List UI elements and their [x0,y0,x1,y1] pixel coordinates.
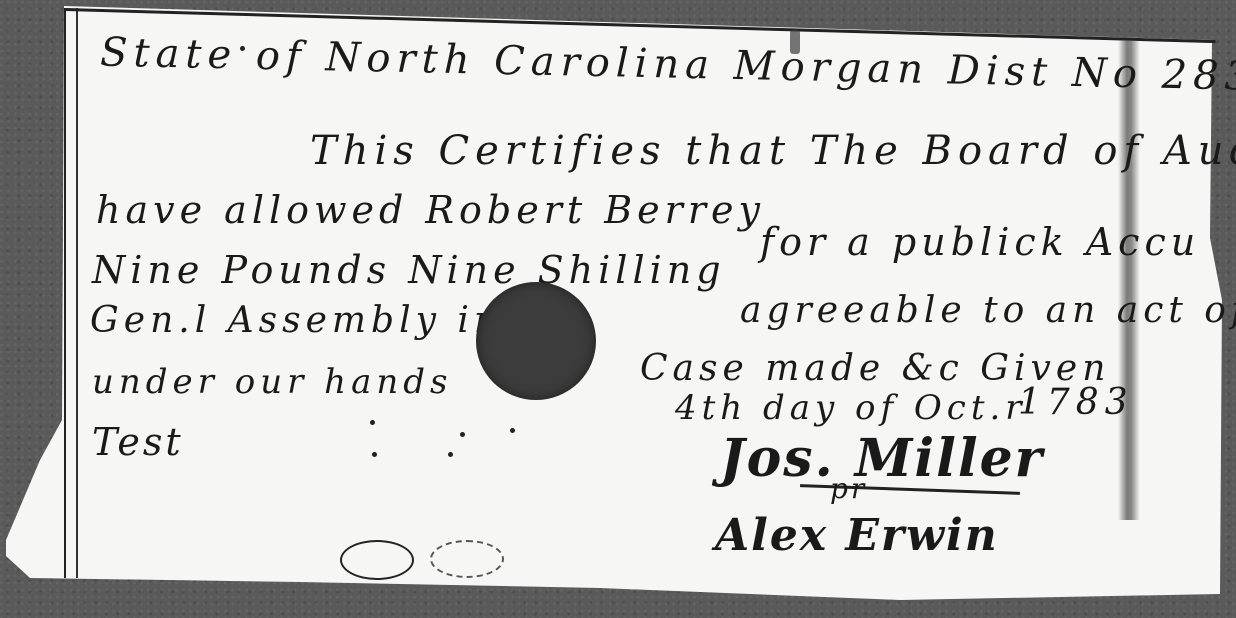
signature-miller: Jos. Miller [720,428,1044,489]
signature-erwin: Alex Erwin [715,510,999,561]
body-line-agreeable: agreeable to an act of [740,290,1236,331]
body-line-account: for a publick Accu [760,220,1200,264]
body-line-amount: Nine Pounds Nine Shilling [92,248,726,292]
body-line-certifies: This Certifies that The Board of Aud.rs [310,128,1236,174]
left-margin-rule [64,8,78,578]
body-line-allowed: have allowed Robert Berrey [96,188,765,232]
signature-mark: pr [830,472,867,505]
ink-speck [510,428,515,433]
ink-speck [448,452,453,457]
body-line-date: 4th day of Oct.r [675,388,1027,428]
ink-speck [240,46,245,51]
paper-fold-crease [1118,40,1140,520]
ink-speck [370,420,375,425]
ink-speck [372,452,377,457]
body-line-year: 1783 [1018,382,1134,423]
ink-speck [460,432,465,437]
faint-pen-flourish [430,540,504,578]
pen-flourish [340,540,414,580]
attest-label: Test [92,420,184,464]
body-line-hands: under our hands [92,362,452,402]
wax-seal [476,282,596,400]
